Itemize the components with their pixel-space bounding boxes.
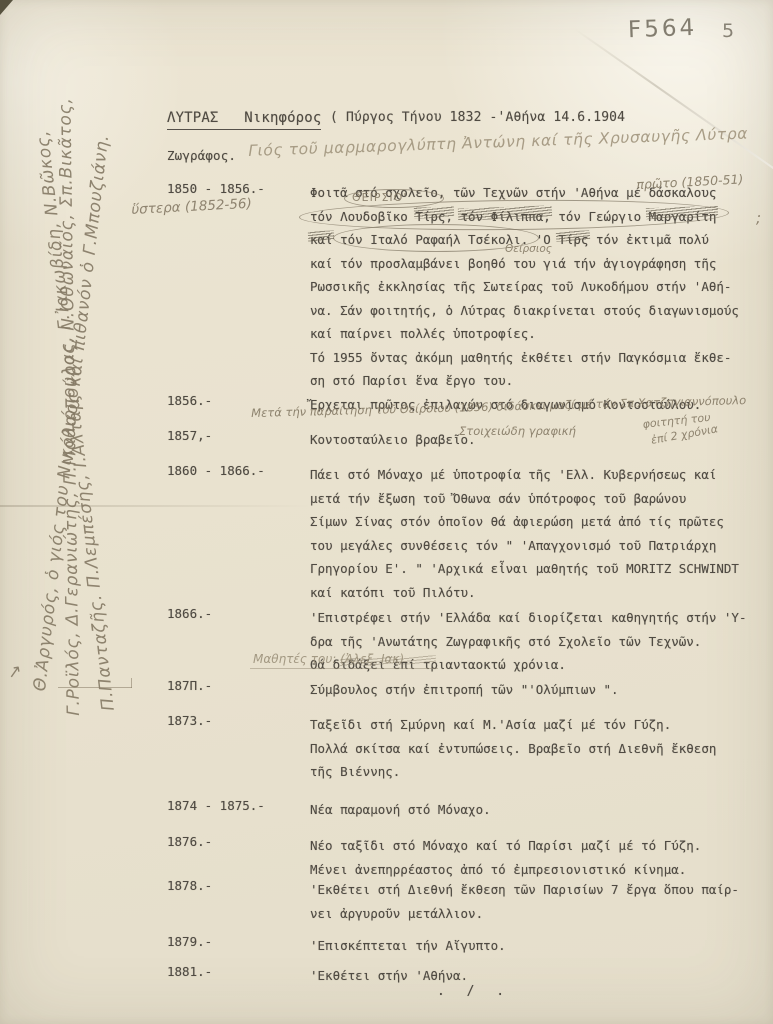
typed-line: Πολλά σκίτσα καί ἐντυπώσεις. Βραβεῖο στή…	[310, 737, 753, 761]
scribble-over-tirs-2	[556, 230, 590, 241]
entry-date: 187Π.-	[167, 678, 212, 693]
scanned-document-page: F564 5 ΛΥΤΡΑΣ Νικηφόρος ( Πύργος Τήνου 1…	[0, 0, 773, 1024]
entry-date: 1873.-	[167, 713, 212, 728]
archive-code: F564	[628, 15, 698, 43]
typed-line: τῆς Βιέννης.	[310, 760, 753, 784]
timeline-entry-1874-1875: 1874 - 1875.- Νέα παραμονή στό Μόναχο.	[0, 798, 773, 822]
scribble-over-kai	[308, 231, 334, 242]
handwritten-father-note: Γιός τοῦ μαρμαρογλύπτη Ἀντώνη καί τῆς Χρ…	[248, 125, 748, 160]
timeline-entry-1870: 187Π.- Σύμβουλος στήν ἐπιτροπή τῶν "'Ολύ…	[0, 678, 773, 702]
typed-line: δρα τῆς 'Ανωτάτης Ζωγραφικῆς στό Σχολεῖο…	[310, 630, 753, 654]
continuation-mark: . / .	[437, 984, 511, 999]
timeline-entry-1879: 1879.- 'Επισκέπτεται τήν Αἴγυπτο.	[0, 934, 773, 958]
typed-line: καί τόν προσλαμβάνει βοηθό του γιά τήν ἁ…	[310, 252, 753, 276]
entry-date: 1860 - 1866.-	[167, 463, 265, 478]
typed-line: Τό 1955 ὄντας ἀκόμη μαθητής ἐκθέτει στήν…	[310, 346, 753, 370]
typed-line: καί παίρνει πολλές ὑποτροφίες.	[310, 322, 753, 346]
typed-line: Γρηγορίου Ε'. " 'Αρχικά εἶναι μαθητής το…	[310, 557, 753, 581]
scribble-over-tirs	[414, 206, 454, 218]
typed-line: Νέα παραμονή στό Μόναχο.	[310, 798, 753, 822]
corner-notch	[0, 0, 13, 15]
entry-date: 1850 - 1856.-	[167, 181, 265, 196]
typed-line: 'Εκθέτει στήν 'Αθήνα.	[310, 964, 753, 988]
typed-line: Πάει στό Μόναχο μέ ὑποτροφία τῆς 'Ελλ. Κ…	[310, 463, 753, 487]
typed-line: Ταξεῖδι στή Σμύρνη καί Μ.'Ασία μαζί μέ τ…	[310, 713, 753, 737]
typed-line: μετά τήν ἔξωση τοῦ Ὄθωνα σάν ὑπότροφος τ…	[310, 487, 753, 511]
typed-line: 'Επισκέπτεται τήν Αἴγυπτο.	[310, 934, 753, 958]
fold-crease-diagonal	[574, 28, 773, 173]
students-note-underline	[250, 668, 438, 669]
page-title: ΛΥΤΡΑΣ Νικηφόρος	[167, 110, 321, 130]
entry-date: 1856.-	[167, 393, 212, 408]
timeline-entry-1876: 1876.- Νέο ταξῖδι στό Μόναχο καί τό Παρί…	[0, 834, 773, 881]
profession-label: Ζωγράφος.	[167, 148, 236, 163]
typed-line: 'Εκθέτει στή Διεθνή ἔκθεση τῶν Παρισίων …	[310, 878, 753, 902]
birth-death-dates: ( Πύργος Τήνου 1832 -'Αθήνα 14.6.1904	[330, 110, 625, 125]
entry-date: 1866.-	[167, 606, 212, 621]
timeline-entry-1878: 1878.- 'Εκθέτει στή Διεθνή ἔκθεση τῶν Πα…	[0, 878, 773, 925]
typed-line: καί κατόπι τοῦ Πιλότυ.	[310, 581, 753, 605]
entry-date: 1874 - 1875.-	[167, 798, 265, 813]
entry-date: 1857,-	[167, 428, 212, 443]
typed-line: να. Σάν φοιτητής, ὁ Λύτρας διακρίνεται σ…	[310, 299, 753, 323]
entry-date: 1879.-	[167, 934, 212, 949]
annotation-theirsios-small: Θείρσιος	[505, 243, 552, 255]
entry-date: 1881.-	[167, 964, 212, 979]
typed-line: ση στό Παρίσι ἕνα ἔργο του.	[310, 369, 753, 393]
annotation-semicolon: ;	[756, 209, 761, 227]
entry-date: 1878.-	[167, 878, 212, 893]
typed-line: Σύμβουλος στήν ἐπιτροπή τῶν "'Ολύμπιων "…	[310, 678, 753, 702]
typed-line: Σίμων Σίνας στόν ὁποῖον θά ἀφιερώση μετά…	[310, 510, 753, 534]
page-number: 5	[722, 20, 734, 42]
timeline-entry-1881: 1881.- 'Εκθέτει στήν 'Αθήνα.	[0, 964, 773, 988]
timeline-entry-1873: 1873.- Ταξεῖδι στή Σμύρνη καί Μ.'Ασία μα…	[0, 713, 773, 784]
typed-line: νει ἀργυροῦν μετάλλιον.	[310, 902, 753, 926]
timeline-entry-1860-1866: 1860 - 1866.- Πάει στό Μόναχο μέ ὑποτροφ…	[0, 463, 773, 604]
typed-line: Ρωσσικῆς ἐκκλησίας τῆς Σωτείρας τοῦ Λυκο…	[310, 275, 753, 299]
typed-line: Κοντοσταύλειο βραβεῖο.	[310, 428, 753, 452]
timeline-entry-1857: 1857,- Κοντοσταύλειο βραβεῖο.	[0, 428, 773, 452]
typed-line: του μεγάλες συνθέσεις τόν " 'Απαγχονισμό…	[310, 534, 753, 558]
entry-date: 1876.-	[167, 834, 212, 849]
typed-line: Νέο ταξῖδι στό Μόναχο καί τό Παρίσι μαζί…	[310, 834, 753, 858]
typed-line: 'Επιστρέφει στήν 'Ελλάδα καί διορίζεται …	[310, 606, 753, 630]
